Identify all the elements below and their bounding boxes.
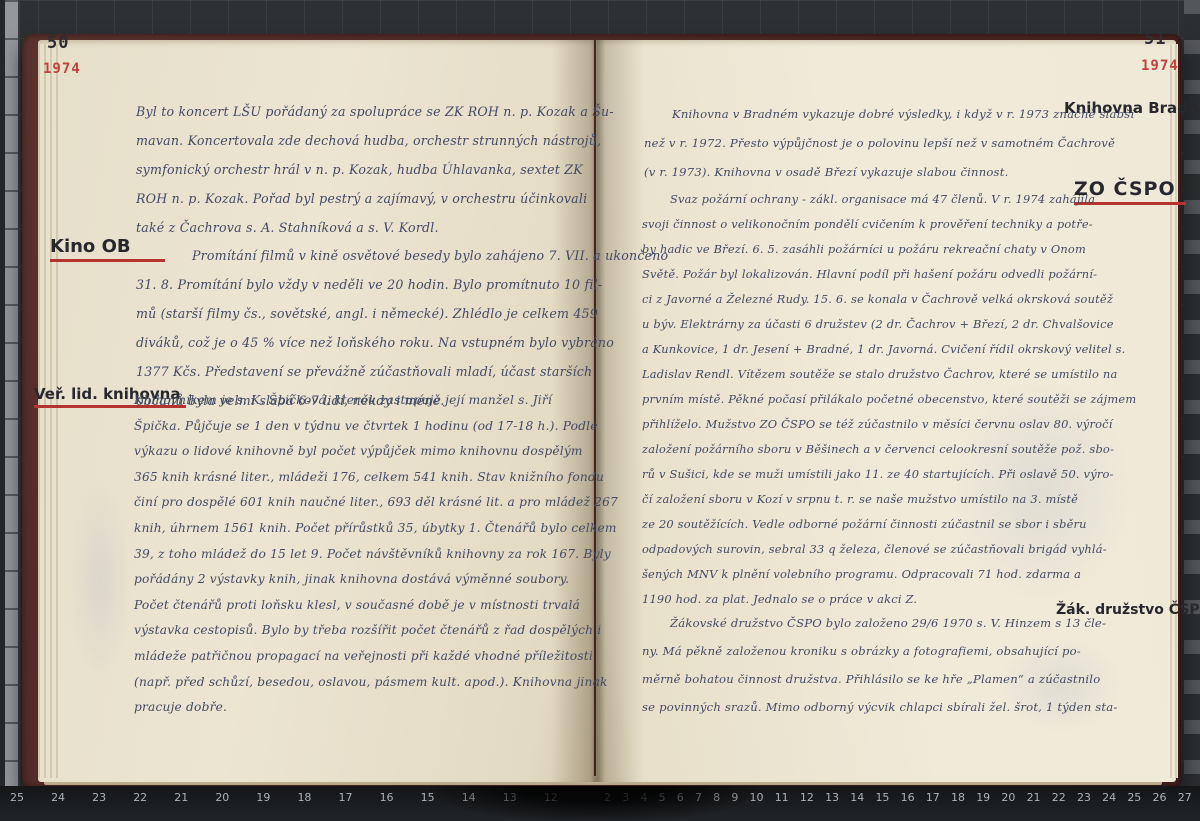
handwritten-line: (např. před schůzí, besedou, oslavou, pá… [134, 670, 594, 696]
book-shadow-on-ruler [430, 786, 760, 821]
handwritten-line: Světě. Požár byl lokalizován. Hlavní pod… [642, 262, 1066, 287]
handwritten-line: (v r. 1973). Knihovna v osadě Březí vyka… [644, 158, 1064, 187]
handwritten-line: mládeže patřičnou propagací na veřejnost… [134, 644, 594, 670]
handwritten-line: prvním místě. Pěkné počasí přilákalo poč… [642, 387, 1066, 412]
ruler-number: 12 [800, 791, 814, 804]
handwritten-line: Počet čtenářů proti loňsku klesl, v souč… [134, 593, 594, 619]
right-page-edge [1170, 44, 1178, 778]
ruler-number: 14 [850, 791, 864, 804]
ruler-number: 20 [1001, 791, 1015, 804]
ruler-number: 26 [1153, 791, 1167, 804]
handwritten-line: Byl to koncert LŠU pořádaný za spoluprác… [136, 97, 594, 126]
handwritten-line: u býv. Elektrárny za účasti 6 družstev (… [642, 312, 1066, 337]
right-paragraph-knihovna-bradne: Knihovna v Bradném vykazuje dobré výsled… [644, 100, 1064, 187]
ruler-number: 16 [380, 791, 394, 804]
ruler-number: 19 [976, 791, 990, 804]
handwritten-line: by hadic ve Březí. 6. 5. zasáhli požární… [642, 237, 1066, 262]
ruler-number: 27 [1178, 791, 1192, 804]
left-paragraph-concert: Byl to koncert LŠU pořádaný za spoluprác… [136, 97, 594, 242]
handwritten-line: rů v Sušici, kde se muži umístili jako 1… [642, 462, 1066, 487]
handwritten-line: ROH n. p. Kozak. Pořad byl pestrý a zají… [136, 184, 594, 213]
handwritten-line: činí pro dospělé 601 knih naučné liter.,… [134, 490, 594, 516]
handwritten-line: ci z Javorné a Železné Rudy. 15. 6. se k… [642, 287, 1066, 312]
handwritten-line: ny. Má pěkně založenou kroniku s obrázky… [642, 637, 1066, 665]
ruler-number: 13 [825, 791, 839, 804]
handwritten-line: se povinných srazů. Mimo odborný výcvik … [642, 693, 1066, 721]
handwritten-line: přihlíželo. Mužstvo ZO ČSPO se též zúčas… [642, 412, 1066, 437]
handwritten-line: 365 knih krásné liter., mládeži 176, cel… [134, 465, 594, 491]
handwritten-line: Svaz požární ochrany - zákl. organisace … [642, 187, 1066, 212]
handwritten-line: Knihovníkem je s. K. Špičková, kterou za… [134, 388, 594, 414]
handwritten-line: knih, úhrnem 1561 knih. Počet přírůstků … [134, 516, 594, 542]
right-page-year: 1974 [1141, 58, 1179, 74]
handwritten-line: založení požárního sboru v Běšinech a v … [642, 437, 1066, 462]
ruler-number: 25 [10, 791, 24, 804]
right-mat-grid [1184, 0, 1200, 821]
left-edge-ruler [0, 0, 20, 790]
handwritten-line: Knihovna v Bradném vykazuje dobré výsled… [644, 100, 1064, 129]
handwritten-line: mavan. Koncertovala zde dechová hudba, o… [136, 126, 594, 155]
handwritten-line: 1377 Kčs. Představení se převážně zúčast… [136, 357, 594, 386]
ruler-number: 20 [215, 791, 229, 804]
bottom-ruler: 2524232221201918171615141312 23456789101… [0, 786, 1200, 821]
handwritten-line: Promítání filmů v kině osvětové besedy b… [136, 241, 594, 270]
ruler-number: 18 [297, 791, 311, 804]
left-page-number: 50 [47, 33, 69, 53]
handwritten-line: odpadových surovin, sebral 33 q železa, … [642, 537, 1066, 562]
ruler-number: 17 [926, 791, 940, 804]
handwritten-line: také z Čachrova s. A. Stahníková a s. V.… [136, 213, 594, 242]
ruler-number: 21 [1027, 791, 1041, 804]
handwritten-line: 39, z toho mládež do 15 let 9. Počet náv… [134, 542, 594, 568]
ruler-number: 25 [1127, 791, 1141, 804]
handwritten-line: výkazu o lidové knihovně byl počet výpůj… [134, 439, 594, 465]
ruler-number: 22 [1052, 791, 1066, 804]
handwritten-line: výstavka cestopisů. Bylo by třeba rozšíř… [134, 618, 594, 644]
handwritten-line: 31. 8. Promítání bylo vždy v neděli ve 2… [136, 270, 594, 299]
ruler-number: 11 [775, 791, 789, 804]
photo-scene: 50 1974 51 1974 Kino OB Veř. lid. knihov… [0, 0, 1200, 821]
handwritten-line: svoji činnost o velikonočním pondělí cvi… [642, 212, 1066, 237]
handwritten-line: a Kunkovice, 1 dr. Jesení + Bradné, 1 dr… [642, 337, 1066, 362]
ruler-number: 21 [174, 791, 188, 804]
handwritten-line: Žákovské družstvo ČSPO bylo založeno 29/… [642, 609, 1066, 637]
ruler-number: 23 [1077, 791, 1091, 804]
ruler-number: 22 [133, 791, 147, 804]
handwritten-line: mů (starší filmy čs., sovětské, angl. i … [136, 299, 594, 328]
handwritten-line: čí založení sboru v Kozí v srpnu t. r. s… [642, 487, 1066, 512]
ruler-number: 18 [951, 791, 965, 804]
handwritten-line: Špička. Půjčuje se 1 den v týdnu ve čtvr… [134, 414, 594, 440]
ruler-number: 24 [51, 791, 65, 804]
left-paragraph-knihovna: Knihovníkem je s. K. Špičková, kterou za… [134, 388, 594, 721]
ruler-number: 15 [875, 791, 889, 804]
left-page-year: 1974 [43, 61, 81, 77]
right-paragraph-zo-cspo: Svaz požární ochrany - zákl. organisace … [642, 187, 1066, 612]
handwritten-line: měrně bohatou činnost družstva. Přihlási… [642, 665, 1066, 693]
right-page-number: 51 [1144, 29, 1166, 49]
handwritten-line: šených MNV k plnění volebního programu. … [642, 562, 1066, 587]
ruler-number: 19 [256, 791, 270, 804]
handwritten-line: pořádány 2 výstavky knih, jinak knihovna… [134, 567, 594, 593]
handwritten-line: diváků, což je o 45 % více než loňského … [136, 328, 594, 357]
handwritten-line: pracuje dobře. [134, 695, 594, 721]
handwritten-line: ze 20 soutěžících. Vedle odborné požární… [642, 512, 1066, 537]
page-stack-edges [38, 44, 58, 778]
ruler-number: 23 [92, 791, 106, 804]
ruler-number: 24 [1102, 791, 1116, 804]
right-paragraph-zak-druzstvo: Žákovské družstvo ČSPO bylo založeno 29/… [642, 609, 1066, 721]
ruler-number: 16 [901, 791, 915, 804]
handwritten-line: Ladislav Rendl. Vítězem soutěže se stalo… [642, 362, 1066, 387]
ruler-number: 17 [339, 791, 353, 804]
handwritten-line: než v r. 1972. Přesto výpůjčnost je o po… [644, 129, 1064, 158]
handwritten-line: symfonický orchestr hrál v n. p. Kozak, … [136, 155, 594, 184]
